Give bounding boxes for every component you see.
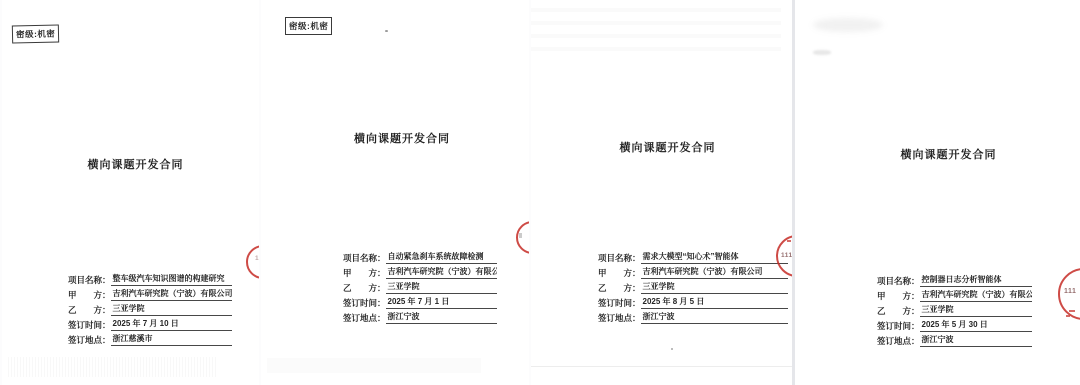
field-row-project: 项目名称： 自动紧急刹车系统故障检测 [343, 252, 497, 264]
field-label: 项目名称： [877, 275, 920, 287]
field-label: 签订地点： [598, 312, 641, 324]
field-value: 浙江宁波 [920, 334, 1032, 347]
field-row-party-b: 乙 方： 三亚学院 [598, 282, 788, 294]
field-row-sign-place: 签订地点： 浙江慈溪市 [68, 334, 232, 346]
contract-page-4: 横向课题开发合同 项目名称： 控制器日志分析智能体 甲 方： 吉利汽车研究院（宁… [795, 0, 1080, 385]
field-label: 签订时间： [68, 319, 111, 331]
contract-title: 横向课题开发合同 [268, 130, 529, 146]
field-row-sign-place: 签订地点： 浙江宁波 [598, 312, 788, 324]
field-label: 乙 方： [68, 304, 111, 316]
field-row-party-b: 乙 方： 三亚学院 [877, 305, 1032, 317]
field-value: 整车级汽车知识图谱的构建研究 [111, 273, 232, 286]
field-row-party-b: 乙 方： 三亚学院 [68, 304, 232, 316]
field-label: 项目名称： [68, 274, 111, 286]
field-row-party-a: 甲 方： 吉利汽车研究院（宁波）有限公司 [877, 290, 1032, 302]
field-label: 签订时间： [877, 320, 920, 332]
field-row-party-a: 甲 方： 吉利汽车研究院（宁波）有限公司 [343, 267, 497, 279]
security-level-stamp: 密级:机密 [285, 17, 332, 35]
contract-title: 横向课题开发合同 [806, 146, 1080, 162]
contract-title: 横向课题开发合同 [537, 139, 792, 155]
field-value: 自动紧急刹车系统故障检测 [386, 251, 497, 264]
contract-fields: 项目名称： 整车级汽车知识图谱的构建研究 甲 方： 吉利汽车研究院（宁波）有限公… [68, 274, 232, 346]
field-label: 签订地点： [877, 335, 920, 347]
field-value: 控制器日志分析智能体 [920, 274, 1032, 287]
scan-artifact [813, 18, 883, 32]
contract-fields: 项目名称： 自动紧急刹车系统故障检测 甲 方： 吉利汽车研究院（宁波）有限公司 … [343, 252, 497, 324]
field-value: 吉利汽车研究院（宁波）有限公司 [641, 266, 788, 279]
field-row-sign-date: 签订时间： 2025 年 8 月 5 日 [598, 297, 788, 309]
field-label: 乙 方： [343, 282, 386, 294]
field-value: 三亚学院 [920, 304, 1032, 317]
contract-fields: 项目名称： 控制器日志分析智能体 甲 方： 吉利汽车研究院（宁波）有限公司 乙 … [877, 275, 1032, 347]
field-row-project: 项目名称： 整车级汽车知识图谱的构建研究 [68, 274, 232, 286]
field-row-project: 项目名称： 需求大模型“知心术”智能体 [598, 252, 788, 264]
field-value: 2025 年 5 月 30 日 [920, 319, 1032, 332]
field-label: 乙 方： [877, 305, 920, 317]
paging-seal-stamp: 111 [1058, 268, 1080, 320]
seal-text: 111 [781, 252, 792, 259]
field-value: 2025 年 7 月 10 日 [111, 318, 232, 331]
scan-artifact [267, 358, 481, 373]
field-row-sign-date: 签订时间： 2025 年 5 月 30 日 [877, 320, 1032, 332]
field-value: 吉利汽车研究院（宁波）有限公司 [920, 289, 1032, 302]
paging-seal-stamp: 111 [246, 245, 259, 279]
field-value: 2025 年 7 月 1 日 [386, 296, 497, 309]
contract-page-3: 横向课题开发合同 项目名称： 需求大模型“知心术”智能体 甲 方： 吉利汽车研究… [531, 0, 792, 385]
field-label: 签订时间： [343, 297, 386, 309]
contract-title: 横向课题开发合同 [7, 156, 259, 172]
contract-fields: 项目名称： 需求大模型“知心术”智能体 甲 方： 吉利汽车研究院（宁波）有限公司… [598, 252, 788, 324]
field-value: 浙江慈溪市 [111, 333, 232, 346]
field-label: 甲 方： [598, 267, 641, 279]
scan-artifact [531, 8, 781, 60]
field-label: 乙 方： [598, 282, 641, 294]
field-row-sign-date: 签订时间： 2025 年 7 月 1 日 [343, 297, 497, 309]
field-value: 2025 年 8 月 5 日 [641, 296, 788, 309]
seal-text: 111 [255, 255, 259, 262]
field-row-party-a: 甲 方： 吉利汽车研究院（宁波）有限公司 [598, 267, 788, 279]
field-label: 项目名称： [598, 252, 641, 264]
field-label: 甲 方： [68, 289, 111, 301]
paging-seal-stamp [516, 221, 529, 254]
field-row-sign-place: 签订地点： 浙江宁波 [877, 335, 1032, 347]
field-value: 三亚学院 [111, 303, 232, 316]
seal-fragment [787, 240, 791, 242]
field-label: 签订地点： [68, 334, 111, 346]
field-row-project: 项目名称： 控制器日志分析智能体 [877, 275, 1032, 287]
field-value: 三亚学院 [386, 281, 497, 294]
field-label: 签订地点： [343, 312, 386, 324]
field-label: 甲 方： [877, 290, 920, 302]
field-row-sign-place: 签订地点： 浙江宁波 [343, 312, 497, 324]
contract-page-1: 密级:机密 横向课题开发合同 项目名称： 整车级汽车知识图谱的构建研究 甲 方：… [2, 0, 259, 385]
field-value: 吉利汽车研究院（宁波）有限公司 [386, 266, 497, 279]
contract-page-2: 密级:机密 横向课题开发合同 项目名称： 自动紧急刹车系统故障检测 甲 方： 吉… [261, 0, 529, 385]
field-row-party-b: 乙 方： 三亚学院 [343, 282, 497, 294]
field-value: 浙江宁波 [386, 311, 497, 324]
seal-fragment [1066, 315, 1070, 317]
field-row-party-a: 甲 方： 吉利汽车研究院（宁波）有限公司 [68, 289, 232, 301]
field-value: 浙江宁波 [641, 311, 788, 324]
scan-artifact [671, 348, 673, 350]
seal-text: 111 [1064, 288, 1076, 295]
field-label: 签订时间： [598, 297, 641, 309]
field-label: 甲 方： [343, 267, 386, 279]
field-value: 吉利汽车研究院（宁波）有限公司 [111, 288, 232, 301]
seal-fragment [1069, 310, 1075, 312]
scanned-contracts-strip: 密级:机密 横向课题开发合同 项目名称： 整车级汽车知识图谱的构建研究 甲 方：… [0, 0, 1080, 385]
field-value: 三亚学院 [641, 281, 788, 294]
scan-artifact [385, 30, 388, 32]
page-bottom-edge [531, 366, 792, 367]
field-row-sign-date: 签订时间： 2025 年 7 月 10 日 [68, 319, 232, 331]
security-level-stamp: 密级:机密 [12, 25, 60, 44]
scan-artifact [813, 50, 831, 55]
scan-artifact [519, 233, 522, 238]
field-value: 需求大模型“知心术”智能体 [641, 251, 788, 264]
scan-artifact [8, 357, 218, 377]
field-label: 项目名称： [343, 252, 386, 264]
